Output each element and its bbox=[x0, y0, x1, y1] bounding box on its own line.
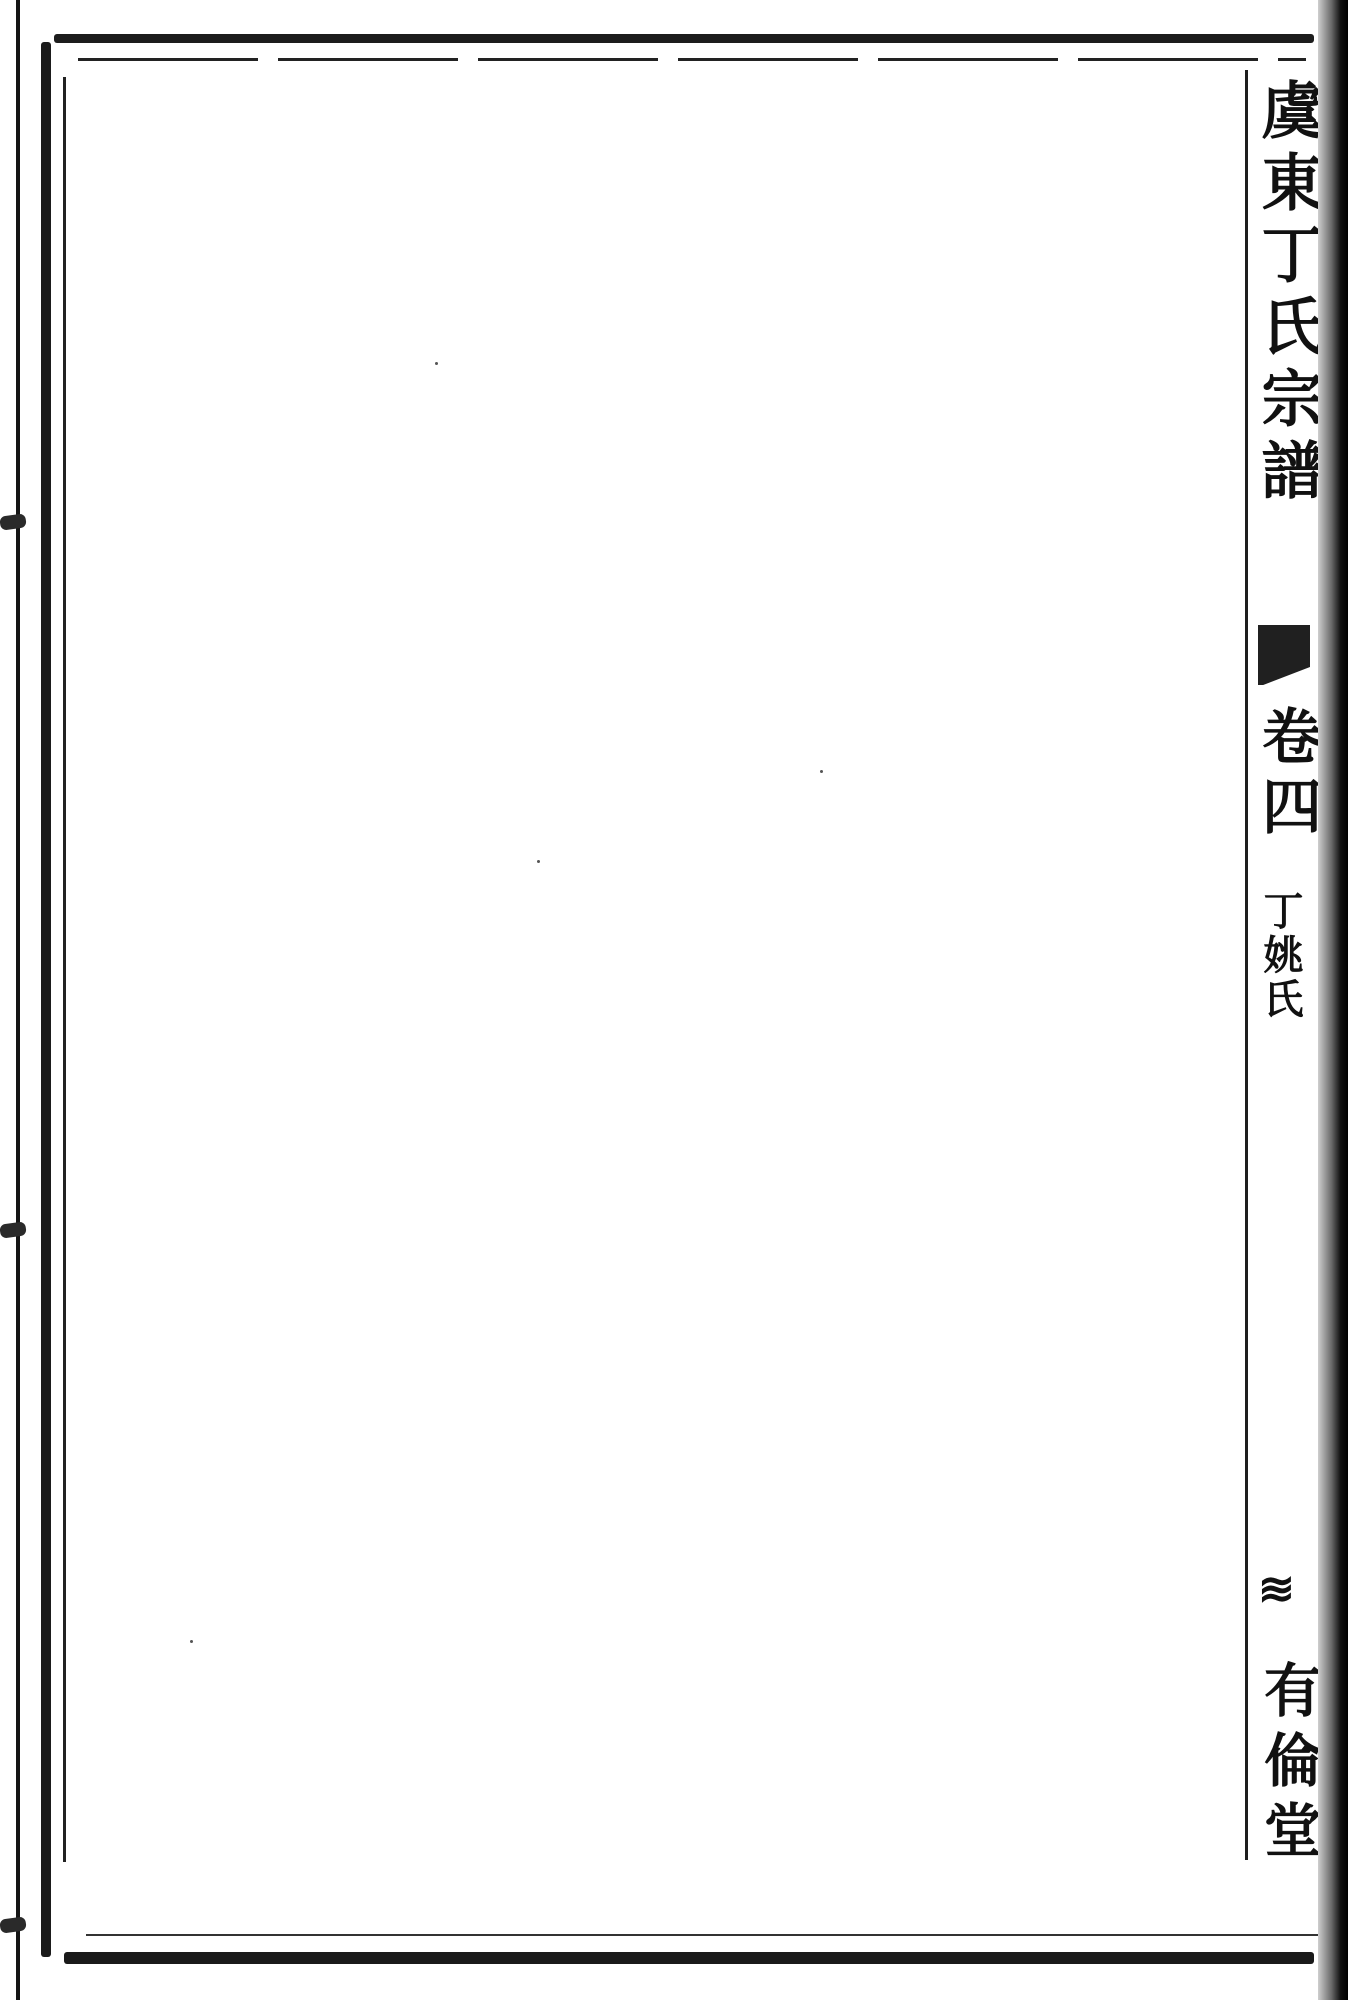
binding-knot bbox=[0, 1221, 27, 1238]
book-title: 虞東丁氏宗譜 bbox=[1252, 78, 1322, 510]
paper-speck bbox=[537, 860, 540, 863]
frame-border-top bbox=[54, 34, 1314, 43]
banxin-separator bbox=[1245, 70, 1248, 1860]
document-page: 虞東丁氏宗譜 卷四 丁姚氏 ≋ 有倫堂 bbox=[0, 0, 1348, 2000]
inner-rule-left bbox=[63, 77, 66, 1862]
inner-rule-top bbox=[78, 58, 1306, 61]
frame-border-left bbox=[41, 42, 51, 1957]
frame-border-bottom bbox=[64, 1952, 1314, 1964]
wave-mark-icon: ≋ bbox=[1258, 1580, 1318, 1600]
hall-name: 有倫堂 bbox=[1252, 1660, 1322, 1870]
paper-speck bbox=[435, 362, 438, 365]
fishtail-icon bbox=[1258, 625, 1310, 685]
paper-speck bbox=[820, 770, 823, 773]
section-annotation: 丁姚氏 bbox=[1262, 890, 1302, 1022]
binding-knot bbox=[0, 513, 27, 530]
paper-speck bbox=[190, 1640, 193, 1643]
inner-rule-bottom bbox=[86, 1934, 1318, 1936]
binding-knot bbox=[0, 1916, 27, 1933]
spine-edge bbox=[1318, 0, 1348, 2000]
binding-thread bbox=[16, 0, 20, 2000]
volume-label: 卷四 bbox=[1252, 705, 1322, 845]
